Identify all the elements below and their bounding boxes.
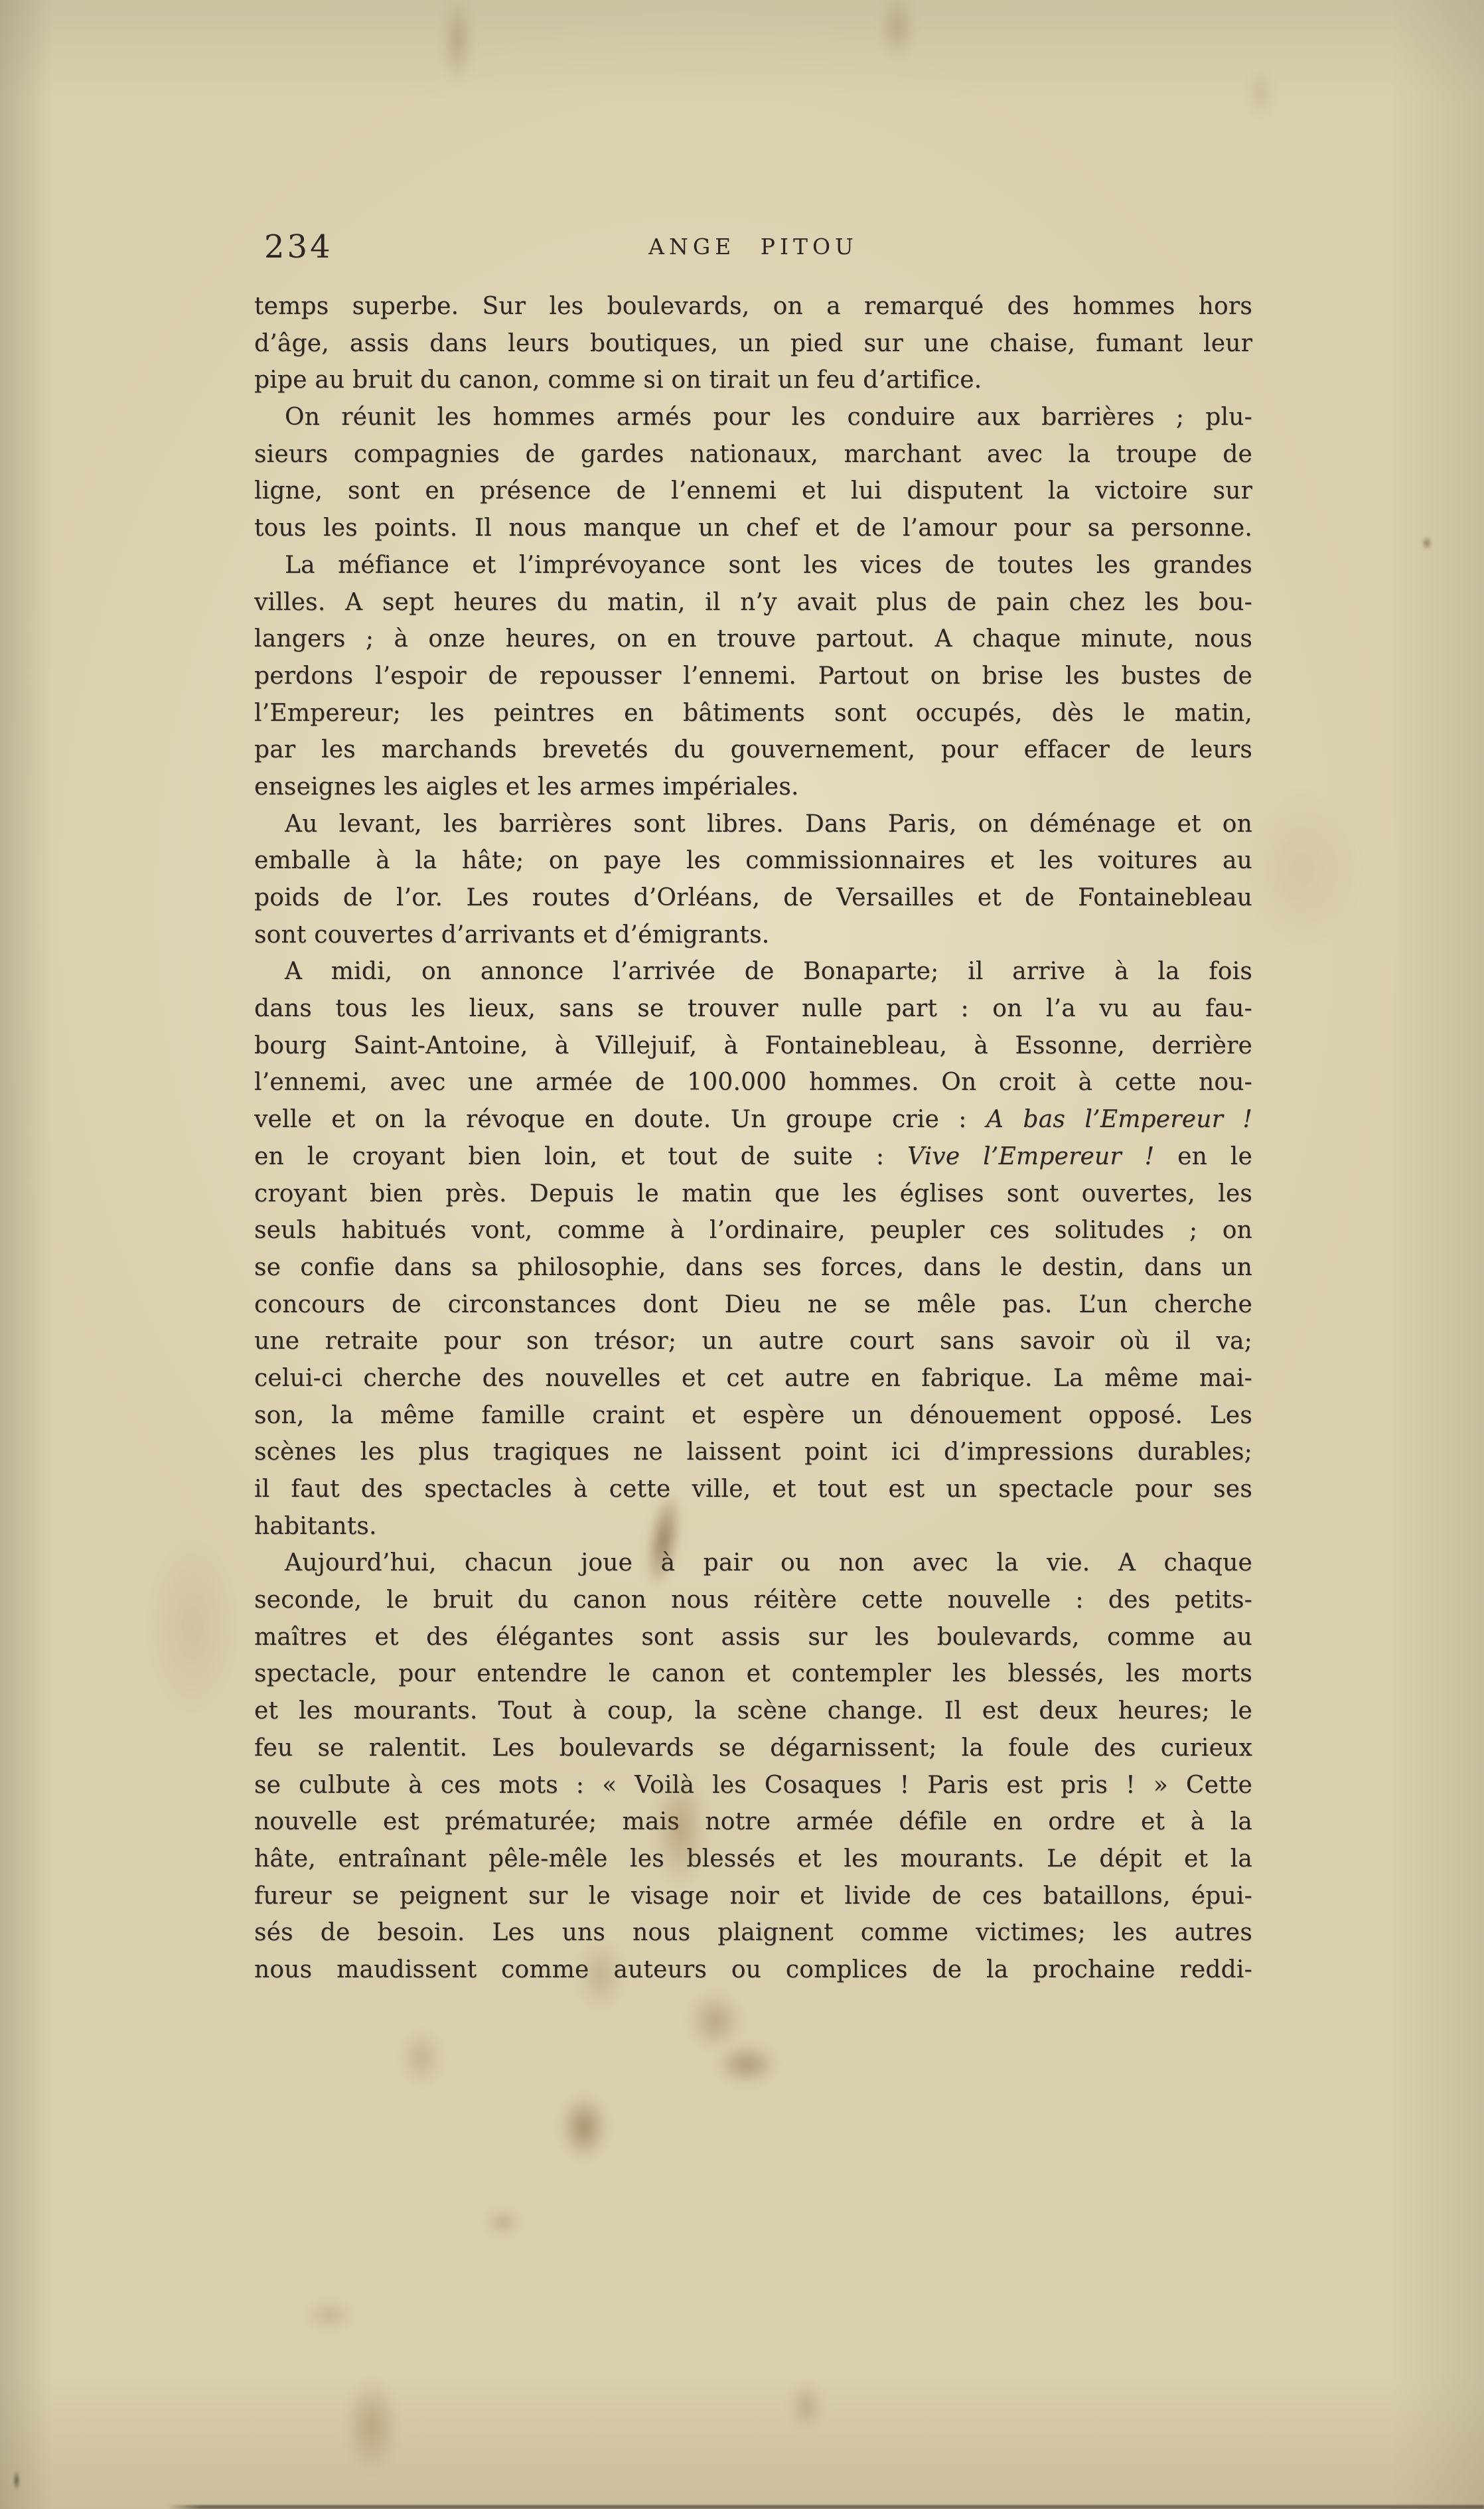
stain (402, 2031, 441, 2084)
text-line: Au levant, les barrières sont libres. Da… (254, 806, 1252, 843)
text-segment: celui-ci cherche des nouvelles et cet au… (254, 1365, 1252, 1392)
text-segment: concours de circonstances dont Dieu ne s… (254, 1291, 1252, 1318)
text-segment: croyant bien près. Depuis le matin que l… (254, 1180, 1252, 1207)
text-line: celui-ci cherche des nouvelles et cet au… (254, 1360, 1252, 1397)
text-segment: une retraite pour son trésor; un autre c… (254, 1328, 1252, 1355)
text-line: dans tous les lieux, sans se trouver nul… (254, 990, 1252, 1027)
text-segment: velle et on la révoque en doute. Un grou… (254, 1106, 986, 1133)
text-segment: enseignes les aigles et les armes impéri… (254, 773, 799, 800)
text-segment: villes. A sept heures du matin, il n’y a… (254, 589, 1252, 616)
text-segment: tous les points. Il nous manque un chef … (254, 514, 1252, 542)
text-segment: Au levant, les barrières sont libres. Da… (285, 810, 1252, 838)
text-segment: son, la même famille craint et espère un… (254, 1402, 1252, 1429)
text-line: nouvelle est prématurée; mais notre armé… (254, 1803, 1252, 1841)
text-segment: en le croyant bien loin, et tout de suit… (254, 1143, 907, 1170)
text-segment: perdons l’espoir de repousser l’ennemi. … (254, 662, 1252, 690)
text-segment: nouvelle est prématurée; mais notre armé… (254, 1808, 1252, 1835)
text-segment: il faut des spectacles à cette ville, et… (254, 1476, 1252, 1503)
stain (308, 2302, 351, 2328)
text-line: langers ; à onze heures, on en trouve pa… (254, 621, 1252, 658)
text-segment: habitants. (254, 1513, 377, 1540)
text-segment: pipe au bruit du canon, comme si on tira… (254, 366, 982, 394)
italic-phrase: A bas l’Empereur ! (986, 1106, 1252, 1133)
text-segment: seconde, le bruit du canon nous réitère … (254, 1586, 1252, 1614)
text-segment: feu se ralentit. Les boulevards se dégar… (254, 1734, 1252, 1762)
text-segment: emballe à la hâte; on paye les commissio… (254, 847, 1252, 874)
text-line: La méfiance et l’imprévoyance sont les v… (254, 547, 1252, 584)
text-segment: l’Empereur; les peintres en bâtiments so… (254, 700, 1252, 727)
text-segment: en le (1154, 1143, 1252, 1170)
text-line: On réunit les hommes armés pour les cond… (254, 399, 1252, 436)
text-line: enseignes les aigles et les armes impéri… (254, 769, 1252, 806)
text-line: villes. A sept heures du matin, il n’y a… (254, 584, 1252, 621)
text-line: tous les points. Il nous manque un chef … (254, 510, 1252, 547)
text-line: l’Empereur; les peintres en bâtiments so… (254, 695, 1252, 732)
text-line: velle et on la révoque en doute. Un grou… (254, 1101, 1252, 1138)
text-segment: par les marchands brevetés du gouverneme… (254, 736, 1252, 763)
text-line: nous maudissent comme auteurs ou complic… (254, 1951, 1252, 1989)
text-line: temps superbe. Sur les boulevards, on a … (254, 288, 1252, 325)
text-line: l’ennemi, avec une armée de 100.000 homm… (254, 1064, 1252, 1101)
text-line: emballe à la hâte; on paye les commissio… (254, 842, 1252, 879)
text-segment: maîtres et des élégantes sont assis sur … (254, 1624, 1252, 1651)
text-segment: langers ; à onze heures, on en trouve pa… (254, 625, 1252, 652)
text-line: seuls habitués vont, comme à l’ordinaire… (254, 1212, 1252, 1249)
text-segment: sont couvertes d’arrivants et d’émigrant… (254, 921, 769, 949)
text-line: scènes les plus tragiques ne laissent po… (254, 1434, 1252, 1471)
text-line: perdons l’espoir de repousser l’ennemi. … (254, 658, 1252, 695)
text-segment: sés de besoin. Les uns nous plaignent co… (254, 1919, 1252, 1946)
text-segment: dans tous les lieux, sans se trouver nul… (254, 995, 1252, 1022)
text-line: seconde, le bruit du canon nous réitère … (254, 1582, 1252, 1619)
text-line: croyant bien près. Depuis le matin que l… (254, 1176, 1252, 1213)
text-line: hâte, entraînant pêle-mêle les blessés e… (254, 1841, 1252, 1878)
text-line: sont couvertes d’arrivants et d’émigrant… (254, 917, 1252, 954)
text-line: poids de l’or. Les routes d’Orléans, de … (254, 879, 1252, 917)
text-line: en le croyant bien loin, et tout de suit… (254, 1138, 1252, 1176)
text-segment: bourg Saint-Antoine, à Villejuif, à Font… (254, 1032, 1252, 1059)
text-line: sieurs compagnies de gardes nationaux, m… (254, 436, 1252, 473)
text-segment: ligne, sont en présence de l’ennemi et l… (254, 477, 1252, 504)
stain (443, 0, 473, 83)
text-segment: On réunit les hommes armés pour les cond… (285, 404, 1252, 431)
stain (488, 2210, 518, 2234)
text-line: habitants. (254, 1508, 1252, 1545)
stain (1422, 536, 1432, 550)
text-line: maîtres et des élégantes sont assis sur … (254, 1619, 1252, 1656)
text-segment: d’âge, assis dans leurs boutiques, un pi… (254, 330, 1252, 357)
text-segment: et les mourants. Tout à coup, la scène c… (254, 1697, 1252, 1724)
italic-phrase: Vive l’Empereur ! (907, 1143, 1154, 1170)
text-line: sés de besoin. Les uns nous plaignent co… (254, 1914, 1252, 1951)
book-page: 234 ANGE PITOU temps superbe. Sur les bo… (0, 0, 1484, 2509)
text-line: A midi, on annonce l’arrivée de Bonapart… (254, 953, 1252, 990)
text-line: pipe au bruit du canon, comme si on tira… (254, 362, 1252, 399)
text-line: bourg Saint-Antoine, à Villejuif, à Font… (254, 1027, 1252, 1065)
running-header: ANGE PITOU (254, 234, 1252, 260)
text-segment: fureur se peignent sur le visage noir et… (254, 1882, 1252, 1910)
text-line: se confie dans sa philosophie, dans ses … (254, 1249, 1252, 1286)
text-segment: Aujourd’hui, chacun joue à pair ou non a… (285, 1549, 1252, 1576)
text-segment: temps superbe. Sur les boulevards, on a … (254, 293, 1252, 320)
text-line: spectacle, pour entendre le canon et con… (254, 1655, 1252, 1693)
stain (790, 2383, 823, 2429)
stain (717, 2044, 777, 2084)
text-segment: seuls habitués vont, comme à l’ordinaire… (254, 1217, 1252, 1244)
text-line: concours de circonstances dont Dieu ne s… (254, 1286, 1252, 1324)
scan-edge-line (167, 2505, 1484, 2509)
stain (1249, 70, 1272, 116)
text-line: ligne, sont en présence de l’ennemi et l… (254, 473, 1252, 510)
text-line: une retraite pour son trésor; un autre c… (254, 1323, 1252, 1360)
text-segment: hâte, entraînant pêle-mêle les blessés e… (254, 1845, 1252, 1872)
text-segment: poids de l’or. Les routes d’Orléans, de … (254, 884, 1252, 911)
text-line: Aujourd’hui, chacun joue à pair ou non a… (254, 1545, 1252, 1582)
text-line: se culbute à ces mots : « Voilà les Cosa… (254, 1767, 1252, 1804)
text-segment: spectacle, pour entendre le canon et con… (254, 1660, 1252, 1687)
stain (345, 2380, 398, 2472)
text-line: d’âge, assis dans leurs boutiques, un pi… (254, 325, 1252, 362)
stain (561, 2095, 607, 2159)
text-segment: se confie dans sa philosophie, dans ses … (254, 1254, 1252, 1281)
stain (13, 2471, 21, 2490)
text-segment: se culbute à ces mots : « Voilà les Cosa… (254, 1772, 1252, 1799)
stain (149, 1540, 236, 1712)
text-segment: sieurs compagnies de gardes nationaux, m… (254, 441, 1252, 468)
text-line: son, la même famille craint et espère un… (254, 1397, 1252, 1434)
text-segment: scènes les plus tragiques ne laissent po… (254, 1438, 1252, 1466)
stain (689, 1993, 742, 2049)
text-segment: l’ennemi, avec une armée de 100.000 homm… (254, 1069, 1252, 1096)
stain (881, 0, 914, 60)
text-line: par les marchands brevetés du gouverneme… (254, 731, 1252, 769)
text-line: fureur se peignent sur le visage noir et… (254, 1878, 1252, 1915)
text-segment: nous maudissent comme auteurs ou complic… (254, 1956, 1252, 1983)
text-segment: La méfiance et l’imprévoyance sont les v… (285, 552, 1252, 579)
text-line: et les mourants. Tout à coup, la scène c… (254, 1693, 1252, 1730)
stain (1241, 790, 1361, 949)
text-line: il faut des spectacles à cette ville, et… (254, 1471, 1252, 1508)
text-line: feu se ralentit. Les boulevards se dégar… (254, 1730, 1252, 1767)
text-segment: A midi, on annonce l’arrivée de Bonapart… (285, 958, 1252, 985)
page-body: temps superbe. Sur les boulevards, on a … (254, 288, 1252, 1989)
